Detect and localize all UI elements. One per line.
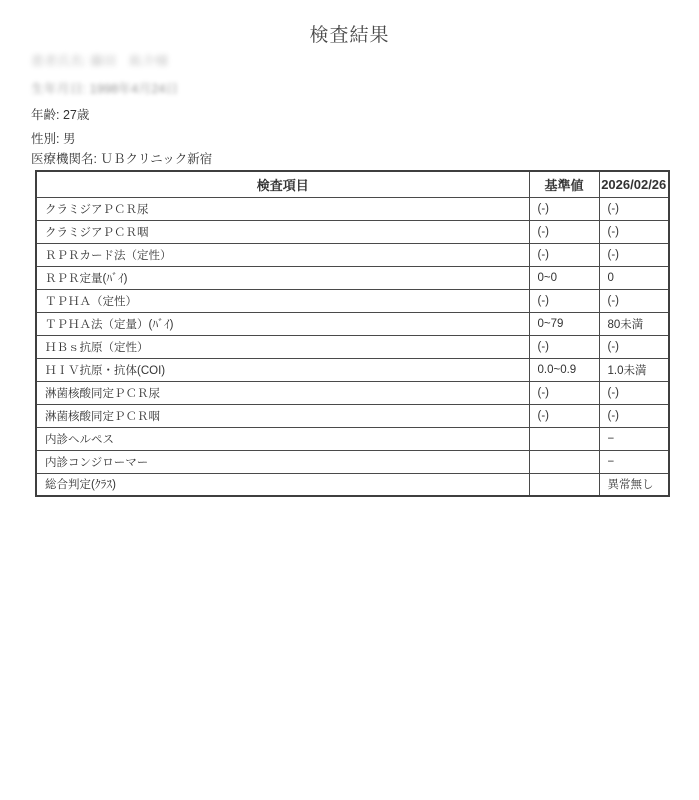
- result-cell: 異常無し: [599, 473, 669, 496]
- table-row: ＴＰＨＡ（定性） (-) (-): [36, 289, 669, 312]
- reference-value-cell: 0.0~0.9: [529, 358, 599, 381]
- test-item-cell: クラミジアＰＣＲ尿: [36, 197, 529, 220]
- test-item-cell: 内診コンジローマー: [36, 450, 529, 473]
- table-row: 淋菌核酸同定ＰＣＲ尿 (-) (-): [36, 381, 669, 404]
- test-item-cell: 内診ヘルペス: [36, 427, 529, 450]
- result-cell: 1.0未満: [599, 358, 669, 381]
- reference-value-cell: [529, 473, 599, 496]
- reference-value-cell: (-): [529, 404, 599, 427]
- patient-birthdate-redacted: 生年月日: 1998年4月24日: [31, 79, 178, 97]
- test-item-cell: 淋菌核酸同定ＰＣＲ咽: [36, 404, 529, 427]
- test-item-cell: 淋菌核酸同定ＰＣＲ尿: [36, 381, 529, 404]
- test-item-cell: ＴＰＨＡ法（定量）(ﾊﾞｲ): [36, 312, 529, 335]
- test-item-cell: 総合判定(ｸﾗｽ): [36, 473, 529, 496]
- reference-value-cell: 0~0: [529, 266, 599, 289]
- table-row: 内診コンジローマー −: [36, 450, 669, 473]
- reference-value-cell: 0~79: [529, 312, 599, 335]
- result-cell: 0: [599, 266, 669, 289]
- patient-name-redacted: 患者氏名: 藤田 紘介様: [31, 51, 168, 69]
- reference-value-cell: [529, 427, 599, 450]
- table-header-row: 検査項目 基準値 2026/02/26: [36, 171, 669, 197]
- result-cell: 80未満: [599, 312, 669, 335]
- column-header-test-item: 検査項目: [36, 171, 529, 197]
- result-cell: (-): [599, 335, 669, 358]
- test-item-cell: ＨＩＶ抗原・抗体(COI): [36, 358, 529, 381]
- reference-value-cell: [529, 450, 599, 473]
- column-header-result-date: 2026/02/26: [599, 171, 669, 197]
- table-row: 総合判定(ｸﾗｽ) 異常無し: [36, 473, 669, 496]
- test-item-cell: クラミジアＰＣＲ咽: [36, 220, 529, 243]
- table-row: 淋菌核酸同定ＰＣＲ咽 (-) (-): [36, 404, 669, 427]
- result-cell: (-): [599, 404, 669, 427]
- table-row: クラミジアＰＣＲ咽 (-) (-): [36, 220, 669, 243]
- patient-age: 年齢: 27歳: [31, 105, 89, 123]
- reference-value-cell: (-): [529, 381, 599, 404]
- reference-value-cell: (-): [529, 197, 599, 220]
- test-item-cell: ＴＰＨＡ（定性）: [36, 289, 529, 312]
- medical-institution-name: 医療機関名: ＵＢクリニック新宿: [31, 149, 212, 167]
- reference-value-cell: (-): [529, 335, 599, 358]
- test-item-cell: ＲＰＲカード法（定性）: [36, 243, 529, 266]
- test-item-cell: ＲＰＲ定量(ﾊﾞｲ): [36, 266, 529, 289]
- result-cell: (-): [599, 197, 669, 220]
- page-title: 検査結果: [0, 20, 699, 47]
- table-row: ＲＰＲカード法（定性） (-) (-): [36, 243, 669, 266]
- test-result-document: 検査結果 患者氏名: 藤田 紘介様 生年月日: 1998年4月24日 年齢: 2…: [0, 0, 699, 800]
- results-table: 検査項目 基準値 2026/02/26 クラミジアＰＣＲ尿 (-) (-) クラ…: [35, 170, 670, 497]
- result-cell: (-): [599, 381, 669, 404]
- table-row: ＴＰＨＡ法（定量）(ﾊﾞｲ) 0~79 80未満: [36, 312, 669, 335]
- result-cell: (-): [599, 243, 669, 266]
- table-row: クラミジアＰＣＲ尿 (-) (-): [36, 197, 669, 220]
- result-cell: (-): [599, 289, 669, 312]
- patient-gender: 性別: 男: [31, 129, 75, 147]
- reference-value-cell: (-): [529, 243, 599, 266]
- column-header-reference-value: 基準値: [529, 171, 599, 197]
- reference-value-cell: (-): [529, 220, 599, 243]
- result-cell: −: [599, 450, 669, 473]
- test-item-cell: ＨＢｓ抗原（定性）: [36, 335, 529, 358]
- table-row: ＨＢｓ抗原（定性） (-) (-): [36, 335, 669, 358]
- table-row: ＲＰＲ定量(ﾊﾞｲ) 0~0 0: [36, 266, 669, 289]
- result-cell: −: [599, 427, 669, 450]
- table-row: 内診ヘルペス −: [36, 427, 669, 450]
- reference-value-cell: (-): [529, 289, 599, 312]
- result-cell: (-): [599, 220, 669, 243]
- table-row: ＨＩＶ抗原・抗体(COI) 0.0~0.9 1.0未満: [36, 358, 669, 381]
